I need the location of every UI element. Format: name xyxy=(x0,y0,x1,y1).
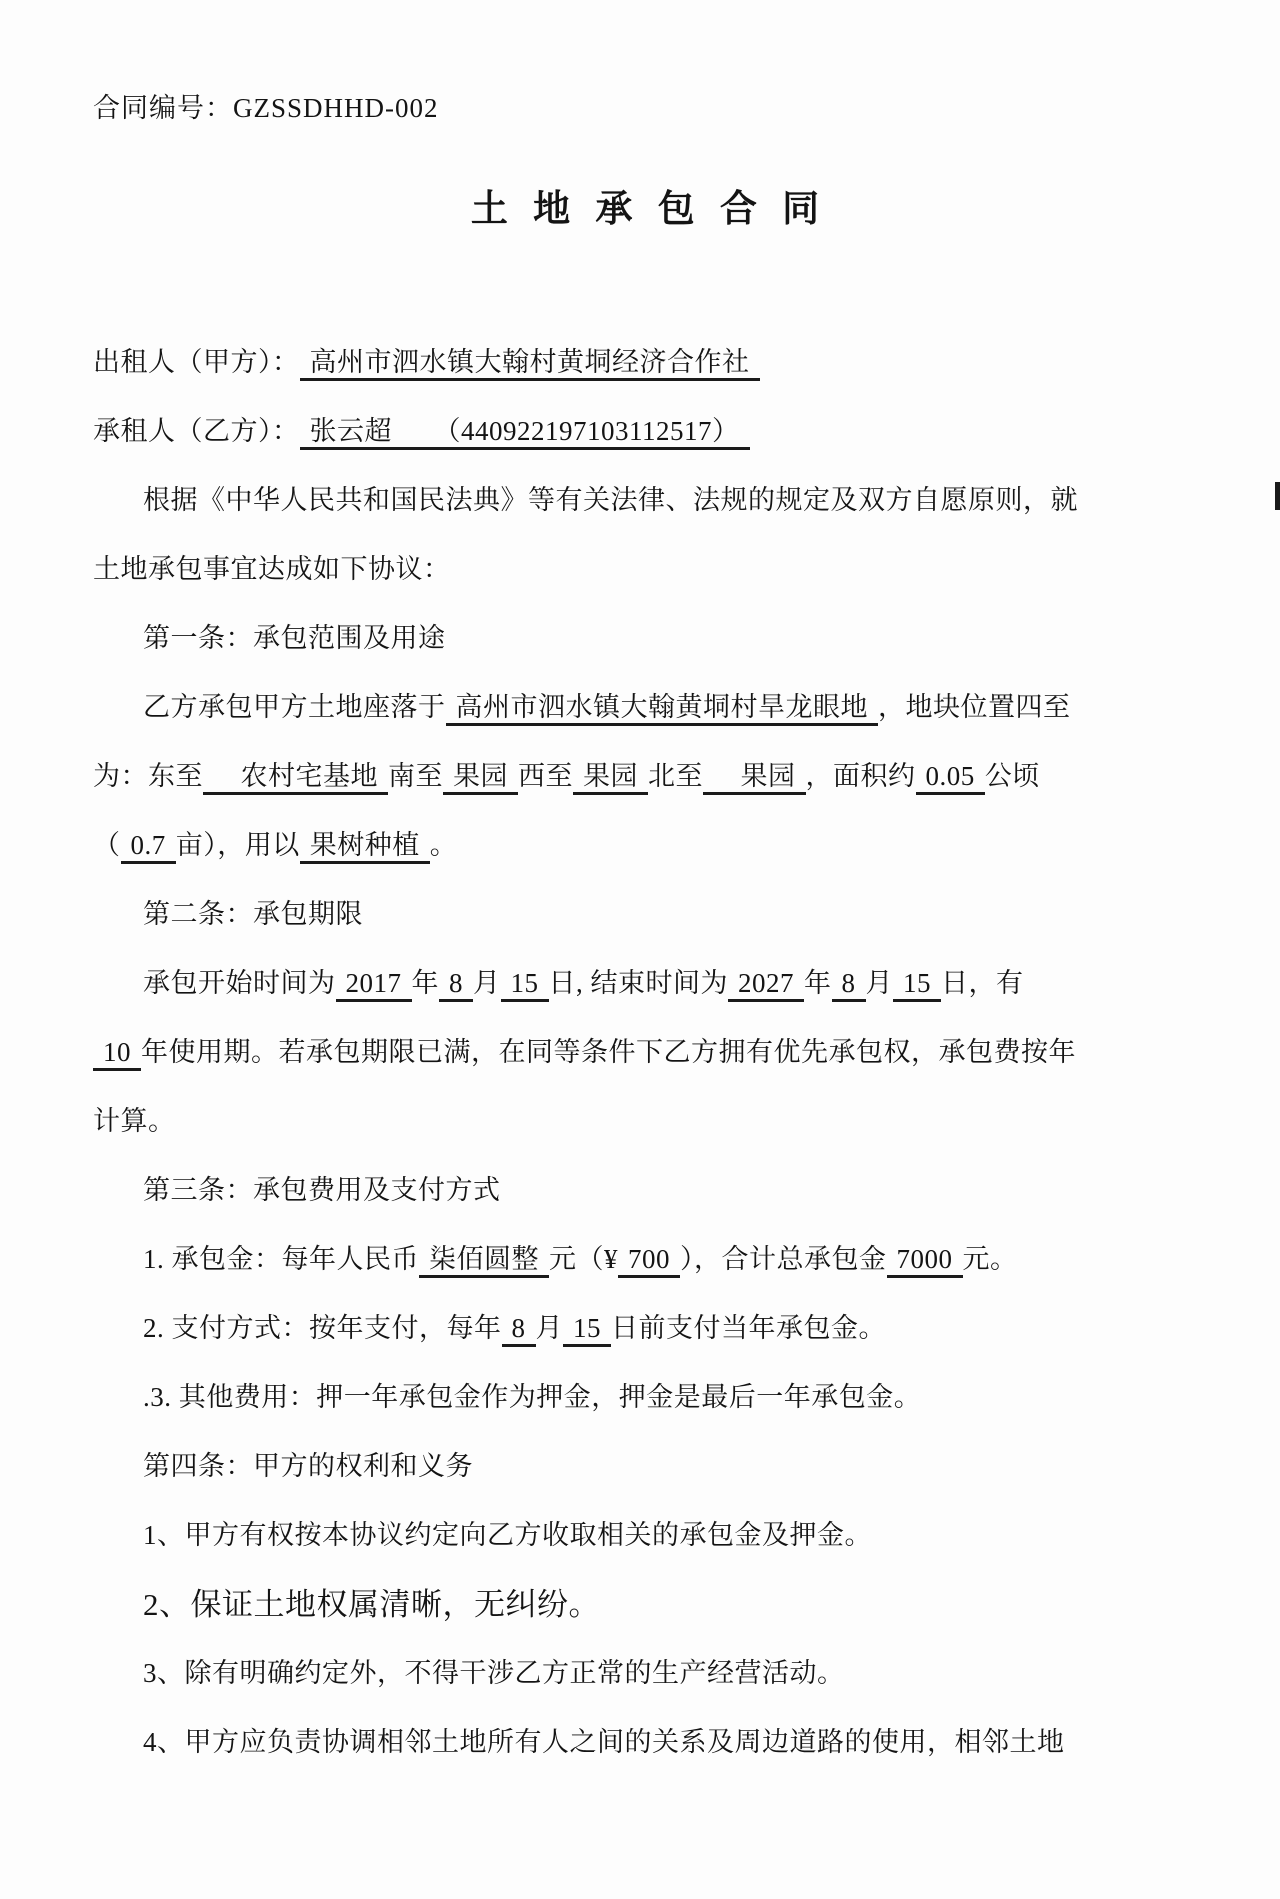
filled-field: 高州市泗水镇大翰黄垌村旱龙眼地 xyxy=(446,692,879,726)
text-segment: 1. 承包金：每年人民币 xyxy=(143,1244,419,1274)
filled-field: 农村宅基地 xyxy=(203,761,388,795)
scanned-contract-page: 合同编号：GZSSDHHD-002 土 地 承 包 合 同 出租人（甲方）：高州… xyxy=(0,0,1280,1899)
text-line: 土地承包事宜达成如下协议： xyxy=(93,535,1200,604)
text-segment: 3、除有明确约定外，不得干涉乙方正常的生产经营活动。 xyxy=(143,1658,845,1688)
text-segment: 计算。 xyxy=(93,1106,176,1136)
text-line: 3、除有明确约定外，不得干涉乙方正常的生产经营活动。 xyxy=(93,1639,1200,1708)
text-segment: 第二条：承包期限 xyxy=(143,899,363,929)
text-segment: 为：东至 xyxy=(93,761,203,791)
text-segment: 承租人（乙方）： xyxy=(93,416,300,446)
text-line: 2、保证土地权属清晰，无纠纷。 xyxy=(93,1570,1200,1639)
text-segment: 公顷 xyxy=(985,761,1040,791)
scan-artifact xyxy=(1275,482,1280,510)
text-segment: 2、保证土地权属清晰，无纠纷。 xyxy=(143,1587,600,1622)
text-segment: ，地块位置四至 xyxy=(878,692,1071,722)
text-line: 承租人（乙方）：张云超 （440922197103112517） xyxy=(93,397,1200,466)
filled-field: 15 xyxy=(501,968,549,1002)
filled-field: 果园 xyxy=(573,761,648,795)
text-line: .3. 其他费用：押一年承包金作为押金，押金是最后一年承包金。 xyxy=(93,1363,1200,1432)
text-segment: （ xyxy=(93,830,121,860)
text-line: 2. 支付方式：按年支付，每年8月15日前支付当年承包金。 xyxy=(93,1294,1200,1363)
filled-field: 0.7 xyxy=(121,830,176,864)
text-line: 1、甲方有权按本协议约定向乙方收取相关的承包金及押金。 xyxy=(93,1501,1200,1570)
text-segment: 元（¥ xyxy=(549,1244,618,1274)
text-segment: 日前支付当年承包金。 xyxy=(611,1313,886,1343)
text-segment: 元。 xyxy=(963,1244,1018,1274)
text-segment: 日, 结束时间为 xyxy=(549,968,729,998)
text-segment: 第一条：承包范围及用途 xyxy=(143,623,446,653)
filled-field: 15 xyxy=(563,1313,611,1347)
text-segment: 出租人（甲方）： xyxy=(93,347,300,377)
text-segment: 第四条：甲方的权利和义务 xyxy=(143,1451,473,1481)
text-segment: ，面积约 xyxy=(806,761,916,791)
text-segment: 年 xyxy=(412,968,440,998)
text-segment: 第三条：承包费用及支付方式 xyxy=(143,1175,501,1205)
filled-field: 0.05 xyxy=(916,761,985,795)
text-line: 1. 承包金：每年人民币柒佰圆整元（¥700），合计总承包金7000元。 xyxy=(93,1225,1200,1294)
filled-field: 张云超 （440922197103112517） xyxy=(300,416,750,450)
filled-field: 果园 xyxy=(703,761,806,795)
text-line: 根据《中华人民共和国民法典》等有关法律、法规的规定及双方自愿原则，就 xyxy=(93,466,1200,535)
text-line: 出租人（甲方）：高州市泗水镇大翰村黄垌经济合作社 xyxy=(93,328,1200,397)
text-line: 第一条：承包范围及用途 xyxy=(93,604,1200,673)
filled-field: 高州市泗水镇大翰村黄垌经济合作社 xyxy=(300,347,760,381)
page-content: 合同编号：GZSSDHHD-002 土 地 承 包 合 同 出租人（甲方）：高州… xyxy=(0,0,1280,1777)
text-segment: 1、甲方有权按本协议约定向乙方收取相关的承包金及押金。 xyxy=(143,1520,872,1550)
text-line: 4、甲方应负责协调相邻土地所有人之间的关系及周边道路的使用，相邻土地 xyxy=(93,1708,1200,1777)
contract-number-line: 合同编号：GZSSDHHD-002 xyxy=(93,88,1200,128)
contract-number-value: GZSSDHHD-002 xyxy=(233,93,439,123)
text-segment: 乙方承包甲方土地座落于 xyxy=(143,692,446,722)
text-segment: 亩），用以 xyxy=(176,830,300,860)
text-segment: 日，有 xyxy=(941,968,1024,998)
filled-field: 果园 xyxy=(443,761,518,795)
filled-field: 2027 xyxy=(728,968,804,1002)
text-line: 乙方承包甲方土地座落于高州市泗水镇大翰黄垌村旱龙眼地，地块位置四至 xyxy=(93,673,1200,742)
text-segment: 土地承包事宜达成如下协议： xyxy=(93,554,451,584)
text-segment: 南至 xyxy=(388,761,443,791)
text-line: 第三条：承包费用及支付方式 xyxy=(93,1156,1200,1225)
text-line: 承包开始时间为2017年8月15日, 结束时间为2027年8月15日，有 xyxy=(93,949,1200,1018)
filled-field: 2017 xyxy=(336,968,412,1002)
text-segment: 根据《中华人民共和国民法典》等有关法律、法规的规定及双方自愿原则，就 xyxy=(143,485,1078,515)
text-segment: 承包开始时间为 xyxy=(143,968,336,998)
text-segment: 2. 支付方式：按年支付，每年 xyxy=(143,1313,502,1343)
filled-field: 果树种植 xyxy=(300,830,430,864)
text-segment: 月 xyxy=(866,968,894,998)
text-line: 为：东至 农村宅基地南至果园西至果园北至 果园，面积约0.05公顷 xyxy=(93,742,1200,811)
filled-field: 8 xyxy=(832,968,866,1002)
text-segment: .3. 其他费用：押一年承包金作为押金，押金是最后一年承包金。 xyxy=(143,1382,921,1412)
text-segment: 月 xyxy=(536,1313,564,1343)
text-line: 第四条：甲方的权利和义务 xyxy=(93,1432,1200,1501)
text-segment: 西至 xyxy=(518,761,573,791)
text-segment: ），合计总承包金 xyxy=(680,1244,887,1274)
filled-field: 8 xyxy=(502,1313,536,1347)
text-line: （0.7亩），用以果树种植。 xyxy=(93,811,1200,880)
filled-field: 8 xyxy=(439,968,473,1002)
text-segment: 年使用期。若承包期限已满，在同等条件下乙方拥有优先承包权，承包费按年 xyxy=(141,1037,1076,1067)
document-title: 土 地 承 包 合 同 xyxy=(93,186,1200,234)
filled-field: 7000 xyxy=(887,1244,963,1278)
body-lines: 出租人（甲方）：高州市泗水镇大翰村黄垌经济合作社承租人（乙方）：张云超 （440… xyxy=(93,328,1200,1777)
text-line: 计算。 xyxy=(93,1087,1200,1156)
filled-field: 10 xyxy=(93,1037,141,1071)
text-segment: 4、甲方应负责协调相邻土地所有人之间的关系及周边道路的使用，相邻土地 xyxy=(143,1727,1065,1757)
text-line: 10年使用期。若承包期限已满，在同等条件下乙方拥有优先承包权，承包费按年 xyxy=(93,1018,1200,1087)
filled-field: 700 xyxy=(618,1244,680,1278)
filled-field: 15 xyxy=(893,968,941,1002)
filled-field: 柒佰圆整 xyxy=(419,1244,549,1278)
text-segment: 。 xyxy=(430,830,458,860)
text-segment: 北至 xyxy=(648,761,703,791)
text-segment: 月 xyxy=(473,968,501,998)
text-segment: 年 xyxy=(804,968,832,998)
text-line: 第二条：承包期限 xyxy=(93,880,1200,949)
contract-number-label: 合同编号： xyxy=(93,93,233,123)
